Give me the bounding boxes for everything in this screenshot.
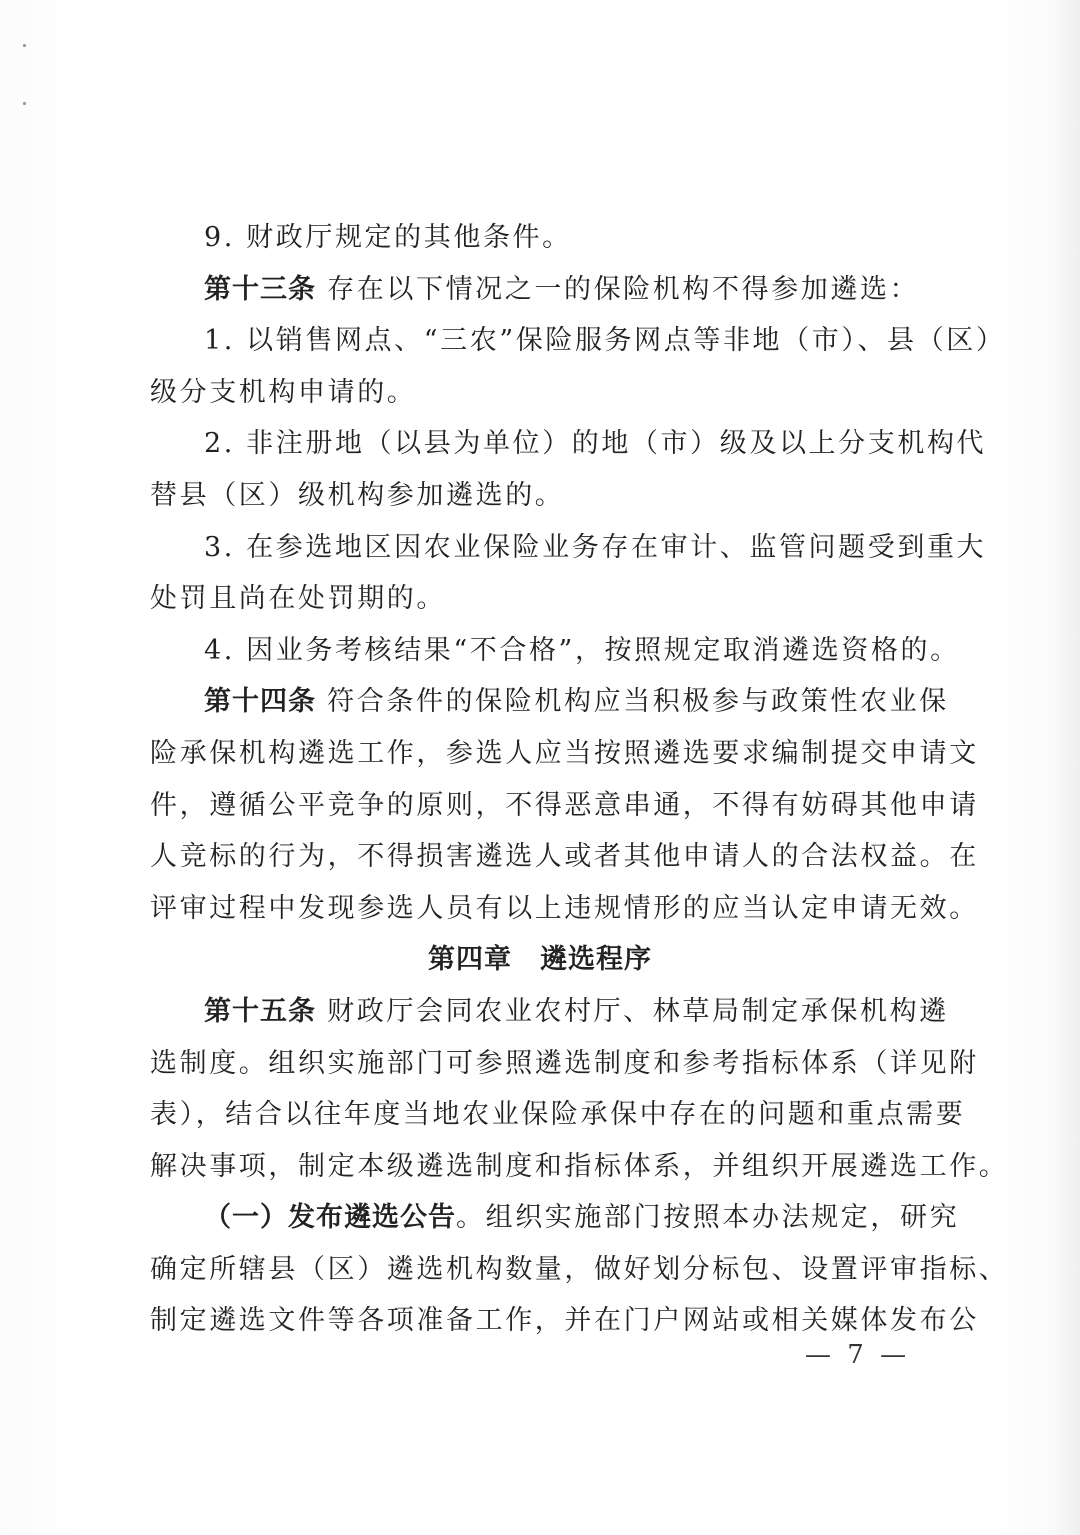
paragraph-line: 4. 因业务考核结果“不合格”，按照规定取消遴选资格的。 xyxy=(150,625,930,677)
scan-speck xyxy=(23,44,26,47)
paragraph-line: 替县（区）级机构参加遴选的。 xyxy=(150,470,930,522)
paragraph-line: 件，遵循公平竞争的原则，不得恶意串通，不得有妨碍其他申请 xyxy=(150,780,930,832)
chapter-heading: 第四章遴选程序 xyxy=(150,934,930,986)
article-label: 第十五条 xyxy=(204,996,316,1027)
chapter-title: 遴选程序 xyxy=(540,944,652,975)
paragraph-line: 人竞标的行为，不得损害遴选人或者其他申请人的合法权益。在 xyxy=(150,831,930,883)
paragraph-article-13: 第十三条 存在以下情况之一的保险机构不得参加遴选： xyxy=(150,264,930,316)
document-body: 9. 财政厅规定的其他条件。 第十三条 存在以下情况之一的保险机构不得参加遴选：… xyxy=(150,212,930,1347)
page-edge-shadow xyxy=(1052,0,1080,1535)
page-number: — 7 — xyxy=(805,1340,910,1370)
scan-speck xyxy=(23,102,26,105)
section-label: （一）发布遴选公告 xyxy=(204,1202,456,1233)
paragraph-line: 处罚且尚在处罚期的。 xyxy=(150,573,930,625)
chapter-number: 第四章 xyxy=(428,944,512,975)
article-label: 第十四条 xyxy=(204,686,316,717)
paragraph-line: 确定所辖县（区）遴选机构数量，做好划分标包、设置评审指标、 xyxy=(150,1244,930,1296)
paragraph-line: 险承保机构遴选工作，参选人应当按照遴选要求编制提交申请文 xyxy=(150,728,930,780)
paragraph-line: 选制度。组织实施部门可参照遴选制度和参考指标体系（详见附 xyxy=(150,1038,930,1090)
paragraph-section-1: （一）发布遴选公告。组织实施部门按照本办法规定，研究 xyxy=(150,1192,930,1244)
paragraph-line: 3. 在参选地区因农业保险业务存在审计、监管问题受到重大 xyxy=(150,522,930,574)
paragraph-line: 评审过程中发现参选人员有以上违规情形的应当认定申请无效。 xyxy=(150,883,930,935)
paragraph-line: 表），结合以往年度当地农业保险承保中存在的问题和重点需要 xyxy=(150,1089,930,1141)
paragraph-line: 1. 以销售网点、“三农”保险服务网点等非地（市）、县（区） xyxy=(150,315,930,367)
document-page: 9. 财政厅规定的其他条件。 第十三条 存在以下情况之一的保险机构不得参加遴选：… xyxy=(0,0,1080,1535)
paragraph-line: 级分支机构申请的。 xyxy=(150,367,930,419)
paragraph-article-15: 第十五条 财政厅会同农业农村厅、林草局制定承保机构遴 xyxy=(150,986,930,1038)
paragraph-line: 解决事项，制定本级遴选制度和指标体系，并组织开展遴选工作。 xyxy=(150,1141,930,1193)
article-label: 第十三条 xyxy=(204,274,316,305)
paragraph-item-9: 9. 财政厅规定的其他条件。 xyxy=(150,212,930,264)
paragraph-article-14: 第十四条 符合条件的保险机构应当积极参与政策性农业保 xyxy=(150,676,930,728)
paragraph-line: 2. 非注册地（以县为单位）的地（市）级及以上分支机构代 xyxy=(150,418,930,470)
